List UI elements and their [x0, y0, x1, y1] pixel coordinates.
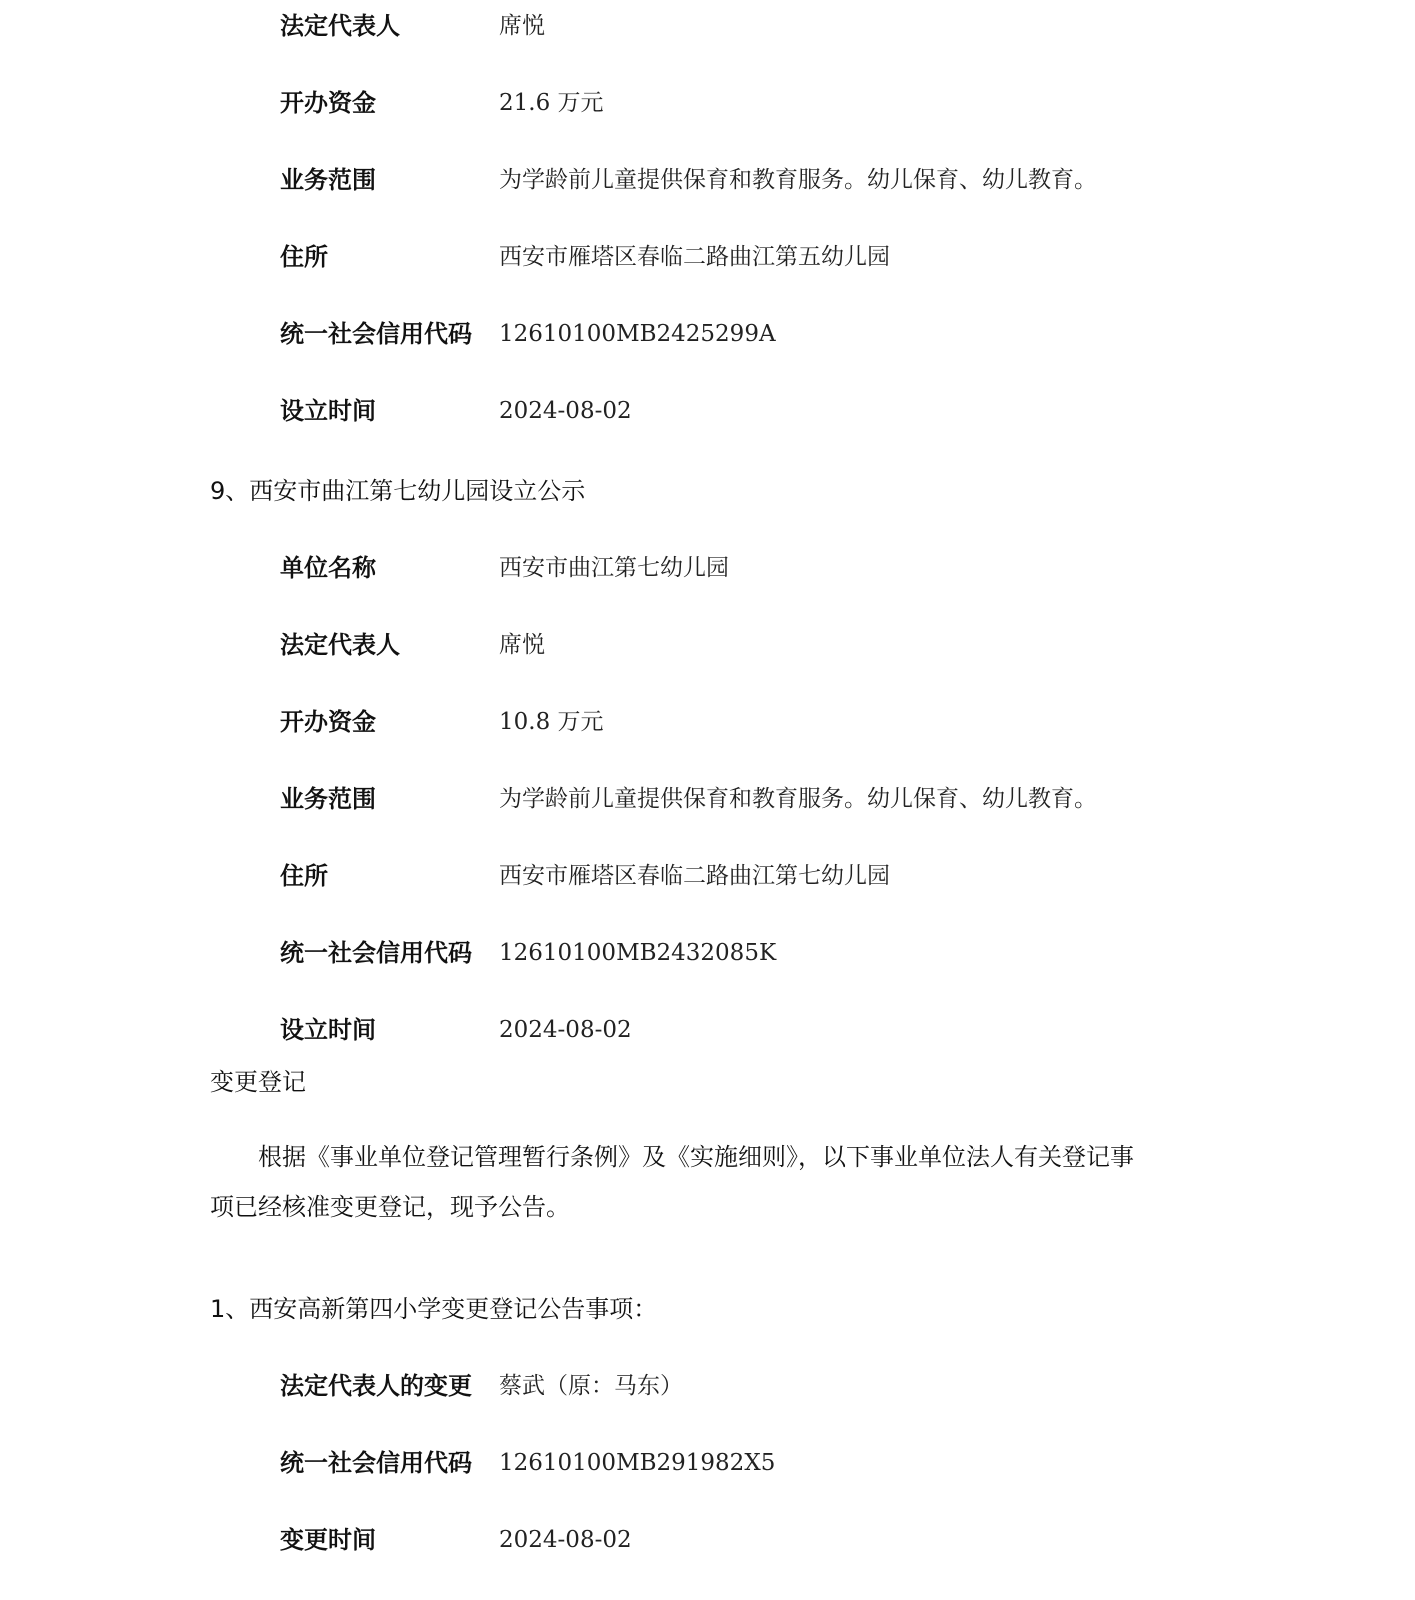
- field-label-change-date: 变更时间: [280, 1528, 376, 1552]
- field-value-legal-rep-change: 蔡武（原：马东）: [499, 1375, 683, 1398]
- field-value-established: 2024-08-02: [499, 400, 632, 423]
- field-label-legal-rep: 法定代表人: [280, 14, 400, 38]
- field-label-legal-rep-change: 法定代表人的变更: [280, 1374, 472, 1398]
- field-label-credit-code: 统一社会信用代码: [280, 322, 472, 346]
- field-value-change-date: 2024-08-02: [499, 1529, 632, 1552]
- field-value-scope: 为学龄前儿童提供保育和教育服务。幼儿保育、幼儿教育。: [499, 169, 1097, 192]
- intro-paragraph-line-2: 项已经核准变更登记，现予公告。: [210, 1195, 570, 1219]
- field-label-funds: 开办资金: [280, 710, 376, 734]
- field-label-legal-rep: 法定代表人: [280, 633, 400, 657]
- field-value-established: 2024-08-02: [499, 1019, 632, 1042]
- field-value-legal-rep: 席悦: [499, 15, 545, 38]
- field-value-address: 西安市雁塔区春临二路曲江第五幼儿园: [499, 246, 890, 269]
- field-value-legal-rep: 席悦: [499, 634, 545, 657]
- field-label-established: 设立时间: [280, 399, 376, 423]
- field-label-credit-code: 统一社会信用代码: [280, 1451, 472, 1475]
- field-value-funds: 21.6 万元: [499, 92, 604, 115]
- section-heading: 变更登记: [210, 1070, 306, 1094]
- field-label-address: 住所: [280, 864, 328, 888]
- field-value-credit-code: 12610100MB291982X5: [499, 1452, 775, 1475]
- field-label-established: 设立时间: [280, 1018, 376, 1042]
- field-label-scope: 业务范围: [280, 787, 376, 811]
- entry-title: 9、西安市曲江第七幼儿园设立公示: [210, 479, 585, 503]
- intro-paragraph-line-1: 根据《事业单位登记管理暂行条例》及《实施细则》，以下事业单位法人有关登记事: [258, 1145, 1134, 1169]
- entry-title: 1、西安高新第四小学变更登记公告事项：: [210, 1297, 657, 1321]
- field-label-address: 住所: [280, 245, 328, 269]
- field-label-unit-name: 单位名称: [280, 556, 376, 580]
- field-value-address: 西安市雁塔区春临二路曲江第七幼儿园: [499, 865, 890, 888]
- field-value-scope: 为学龄前儿童提供保育和教育服务。幼儿保育、幼儿教育。: [499, 788, 1097, 811]
- field-label-funds: 开办资金: [280, 91, 376, 115]
- field-value-credit-code: 12610100MB2425299A: [499, 323, 776, 346]
- field-label-credit-code: 统一社会信用代码: [280, 941, 472, 965]
- field-value-unit-name: 西安市曲江第七幼儿园: [499, 557, 729, 580]
- field-label-scope: 业务范围: [280, 168, 376, 192]
- field-value-credit-code: 12610100MB2432085K: [499, 942, 776, 965]
- field-value-funds: 10.8 万元: [499, 711, 604, 734]
